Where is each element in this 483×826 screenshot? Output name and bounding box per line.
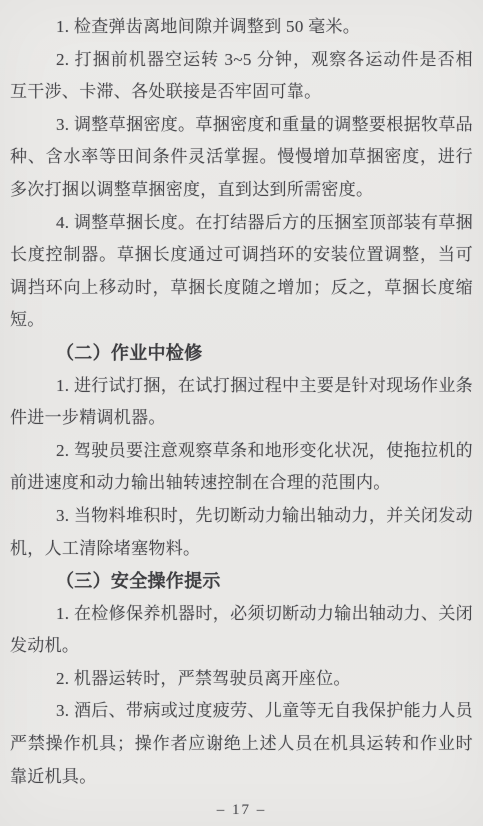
page-content: 1. 检查弹齿离地间隙并调整到 50 毫米。 2. 打捆前机器空运转 3~5 分… [10, 11, 473, 793]
text-line: 前进速度和动力输出轴转速控制在合理的范围内。 [10, 467, 473, 500]
text-line: 1. 在检修保养机器时，必须切断动力输出轴动力、关闭 [10, 598, 473, 631]
text-line: 严禁操作机具；操作者应谢绝上述人员在机具运转和作业时 [10, 728, 473, 761]
text-line: 机，人工清除堵塞物料。 [10, 533, 473, 566]
text-line: 2. 机器运转时，严禁驾驶员离开座位。 [10, 663, 473, 696]
text-line: 靠近机具。 [10, 761, 473, 794]
text-line: 1. 进行试打捆，在试打捆过程中主要是针对现场作业条 [10, 370, 473, 403]
text-line: 4. 调整草捆长度。在打结器后方的压捆室顶部装有草捆 [10, 207, 473, 240]
section-heading: （二）作业中检修 [10, 337, 473, 370]
text-line: 件进一步精调机器。 [10, 402, 473, 435]
text-line: 种、含水率等田间条件灵活掌握。慢慢增加草捆密度，进行 [10, 141, 473, 174]
text-line: 3. 调整草捆密度。草捆密度和重量的调整要根据牧草品 [10, 109, 473, 142]
document-page: 1. 检查弹齿离地间隙并调整到 50 毫米。 2. 打捆前机器空运转 3~5 分… [0, 0, 483, 826]
text-line: 多次打捆以调整草捆密度，直到达到所需密度。 [10, 174, 473, 207]
text-line: 调挡环向上移动时，草捆长度随之增加；反之，草捆长度缩 [10, 272, 473, 305]
text-line: 短。 [10, 304, 473, 337]
text-line: 3. 当物料堆积时，先切断动力输出轴动力，并关闭发动 [10, 500, 473, 533]
text-line: 长度控制器。草捆长度通过可调挡环的安装位置调整，当可 [10, 239, 473, 272]
page-number: – 17 – [0, 802, 483, 819]
section-heading: （三）安全操作提示 [10, 565, 473, 598]
text-line: 3. 酒后、带病或过度疲劳、儿童等无自我保护能力人员 [10, 695, 473, 728]
text-line: 2. 打捆前机器空运转 3~5 分钟，观察各运动件是否相 [10, 44, 473, 77]
text-line: 发动机。 [10, 630, 473, 663]
text-line: 2. 驾驶员要注意观察草条和地形变化状况，使拖拉机的 [10, 435, 473, 468]
text-line: 互干涉、卡滞、各处联接是否牢固可靠。 [10, 76, 473, 109]
text-line: 1. 检查弹齿离地间隙并调整到 50 毫米。 [10, 11, 473, 44]
